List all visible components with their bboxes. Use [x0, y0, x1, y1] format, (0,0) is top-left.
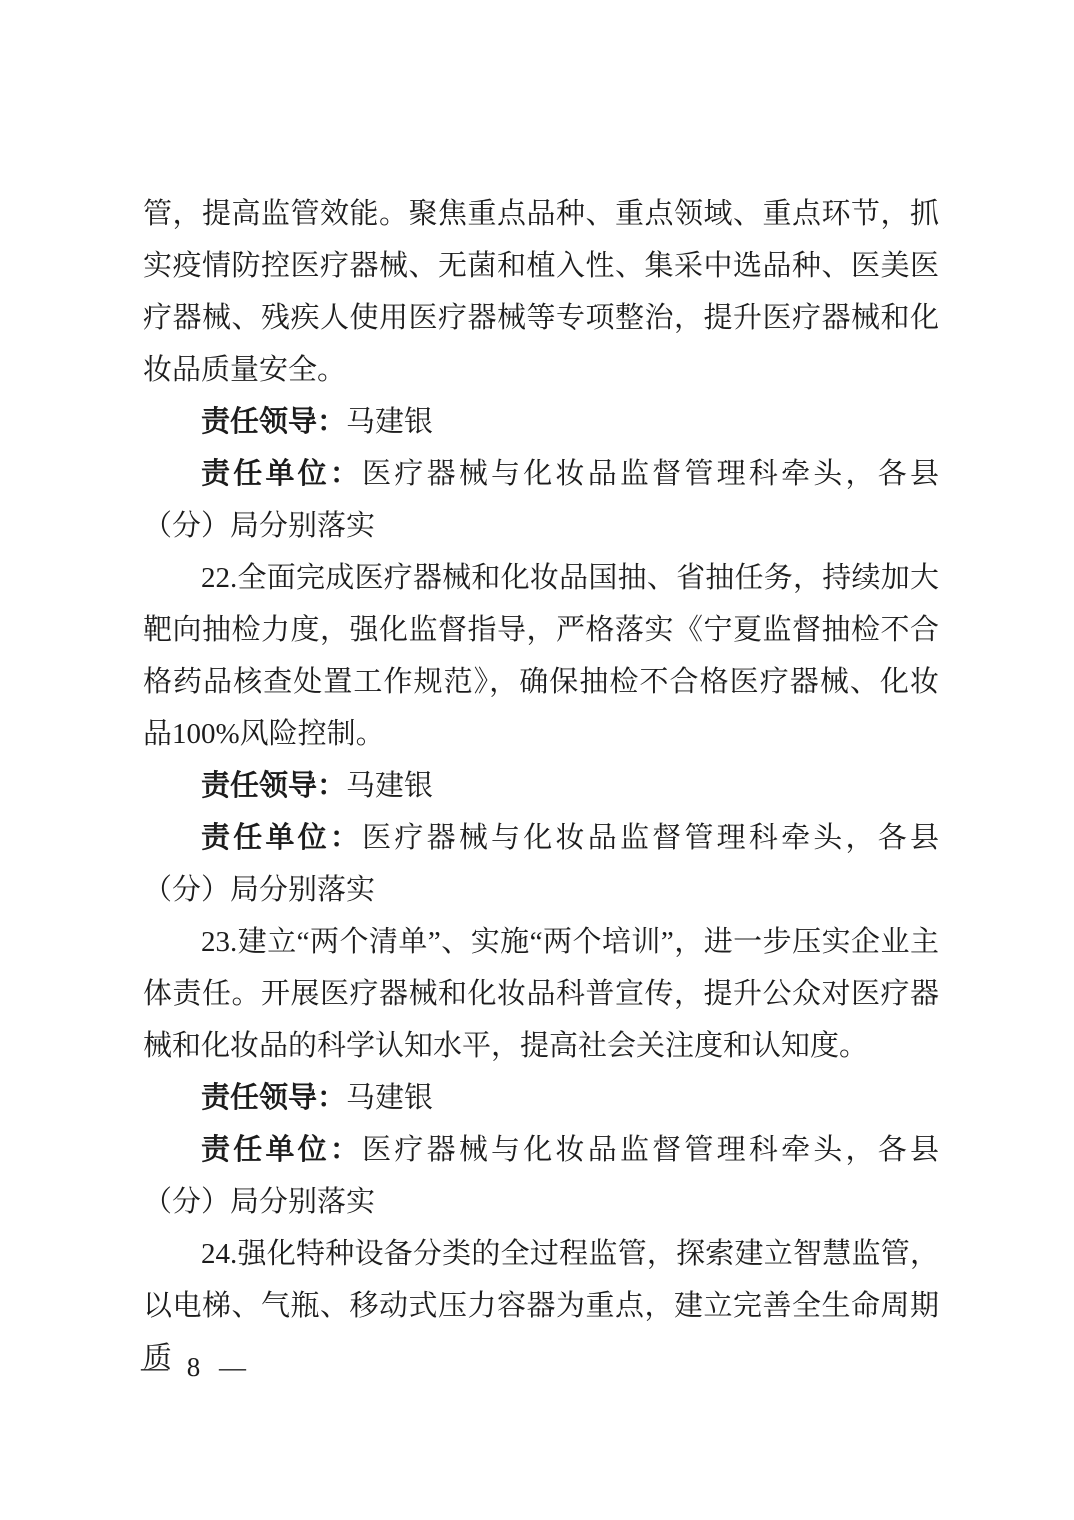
document-page: 管，提高监管效能。聚焦重点品种、重点领域、重点环节，抓实疫情防控医疗器械、无菌和… — [0, 0, 1074, 1520]
responsible-leader-label: 责任领导： — [201, 1082, 346, 1114]
responsible-leader-value: 马建银 — [346, 406, 433, 438]
responsible-leader-line: 责任领导：马建银 — [143, 760, 939, 812]
responsible-unit-label: 责任单位： — [201, 458, 362, 490]
responsible-leader-line: 责任领导：马建银 — [143, 396, 939, 448]
paragraph-body-continuation: 管，提高监管效能。聚焦重点品种、重点领域、重点环节，抓实疫情防控医疗器械、无菌和… — [143, 188, 939, 396]
paragraph-item-24: 24.强化特种设备分类的全过程监管，探索建立智慧监管，以电梯、气瓶、移动式压力容… — [143, 1228, 939, 1384]
page-number: — 8 — — [141, 1352, 252, 1383]
responsible-leader-line: 责任领导：马建银 — [143, 1072, 939, 1124]
responsible-unit-label: 责任单位： — [201, 822, 362, 854]
paragraph-item-22: 22.全面完成医疗器械和化妆品国抽、省抽任务，持续加大靶向抽检力度，强化监督指导… — [143, 552, 939, 760]
responsible-leader-value: 马建银 — [346, 770, 433, 802]
responsible-unit-line: 责任单位：医疗器械与化妆品监督管理科牵头，各县（分）局分别落实 — [143, 448, 939, 552]
responsible-unit-line: 责任单位：医疗器械与化妆品监督管理科牵头，各县（分）局分别落实 — [143, 812, 939, 916]
responsible-unit-line: 责任单位：医疗器械与化妆品监督管理科牵头，各县（分）局分别落实 — [143, 1124, 939, 1228]
paragraph-item-23: 23.建立“两个清单”、实施“两个培训”，进一步压实企业主体责任。开展医疗器械和… — [143, 916, 939, 1072]
responsible-leader-label: 责任领导： — [201, 406, 346, 438]
document-body: 管，提高监管效能。聚焦重点品种、重点领域、重点环节，抓实疫情防控医疗器械、无菌和… — [143, 188, 939, 1384]
responsible-leader-value: 马建银 — [346, 1082, 433, 1114]
responsible-unit-label: 责任单位： — [201, 1134, 362, 1166]
responsible-leader-label: 责任领导： — [201, 770, 346, 802]
